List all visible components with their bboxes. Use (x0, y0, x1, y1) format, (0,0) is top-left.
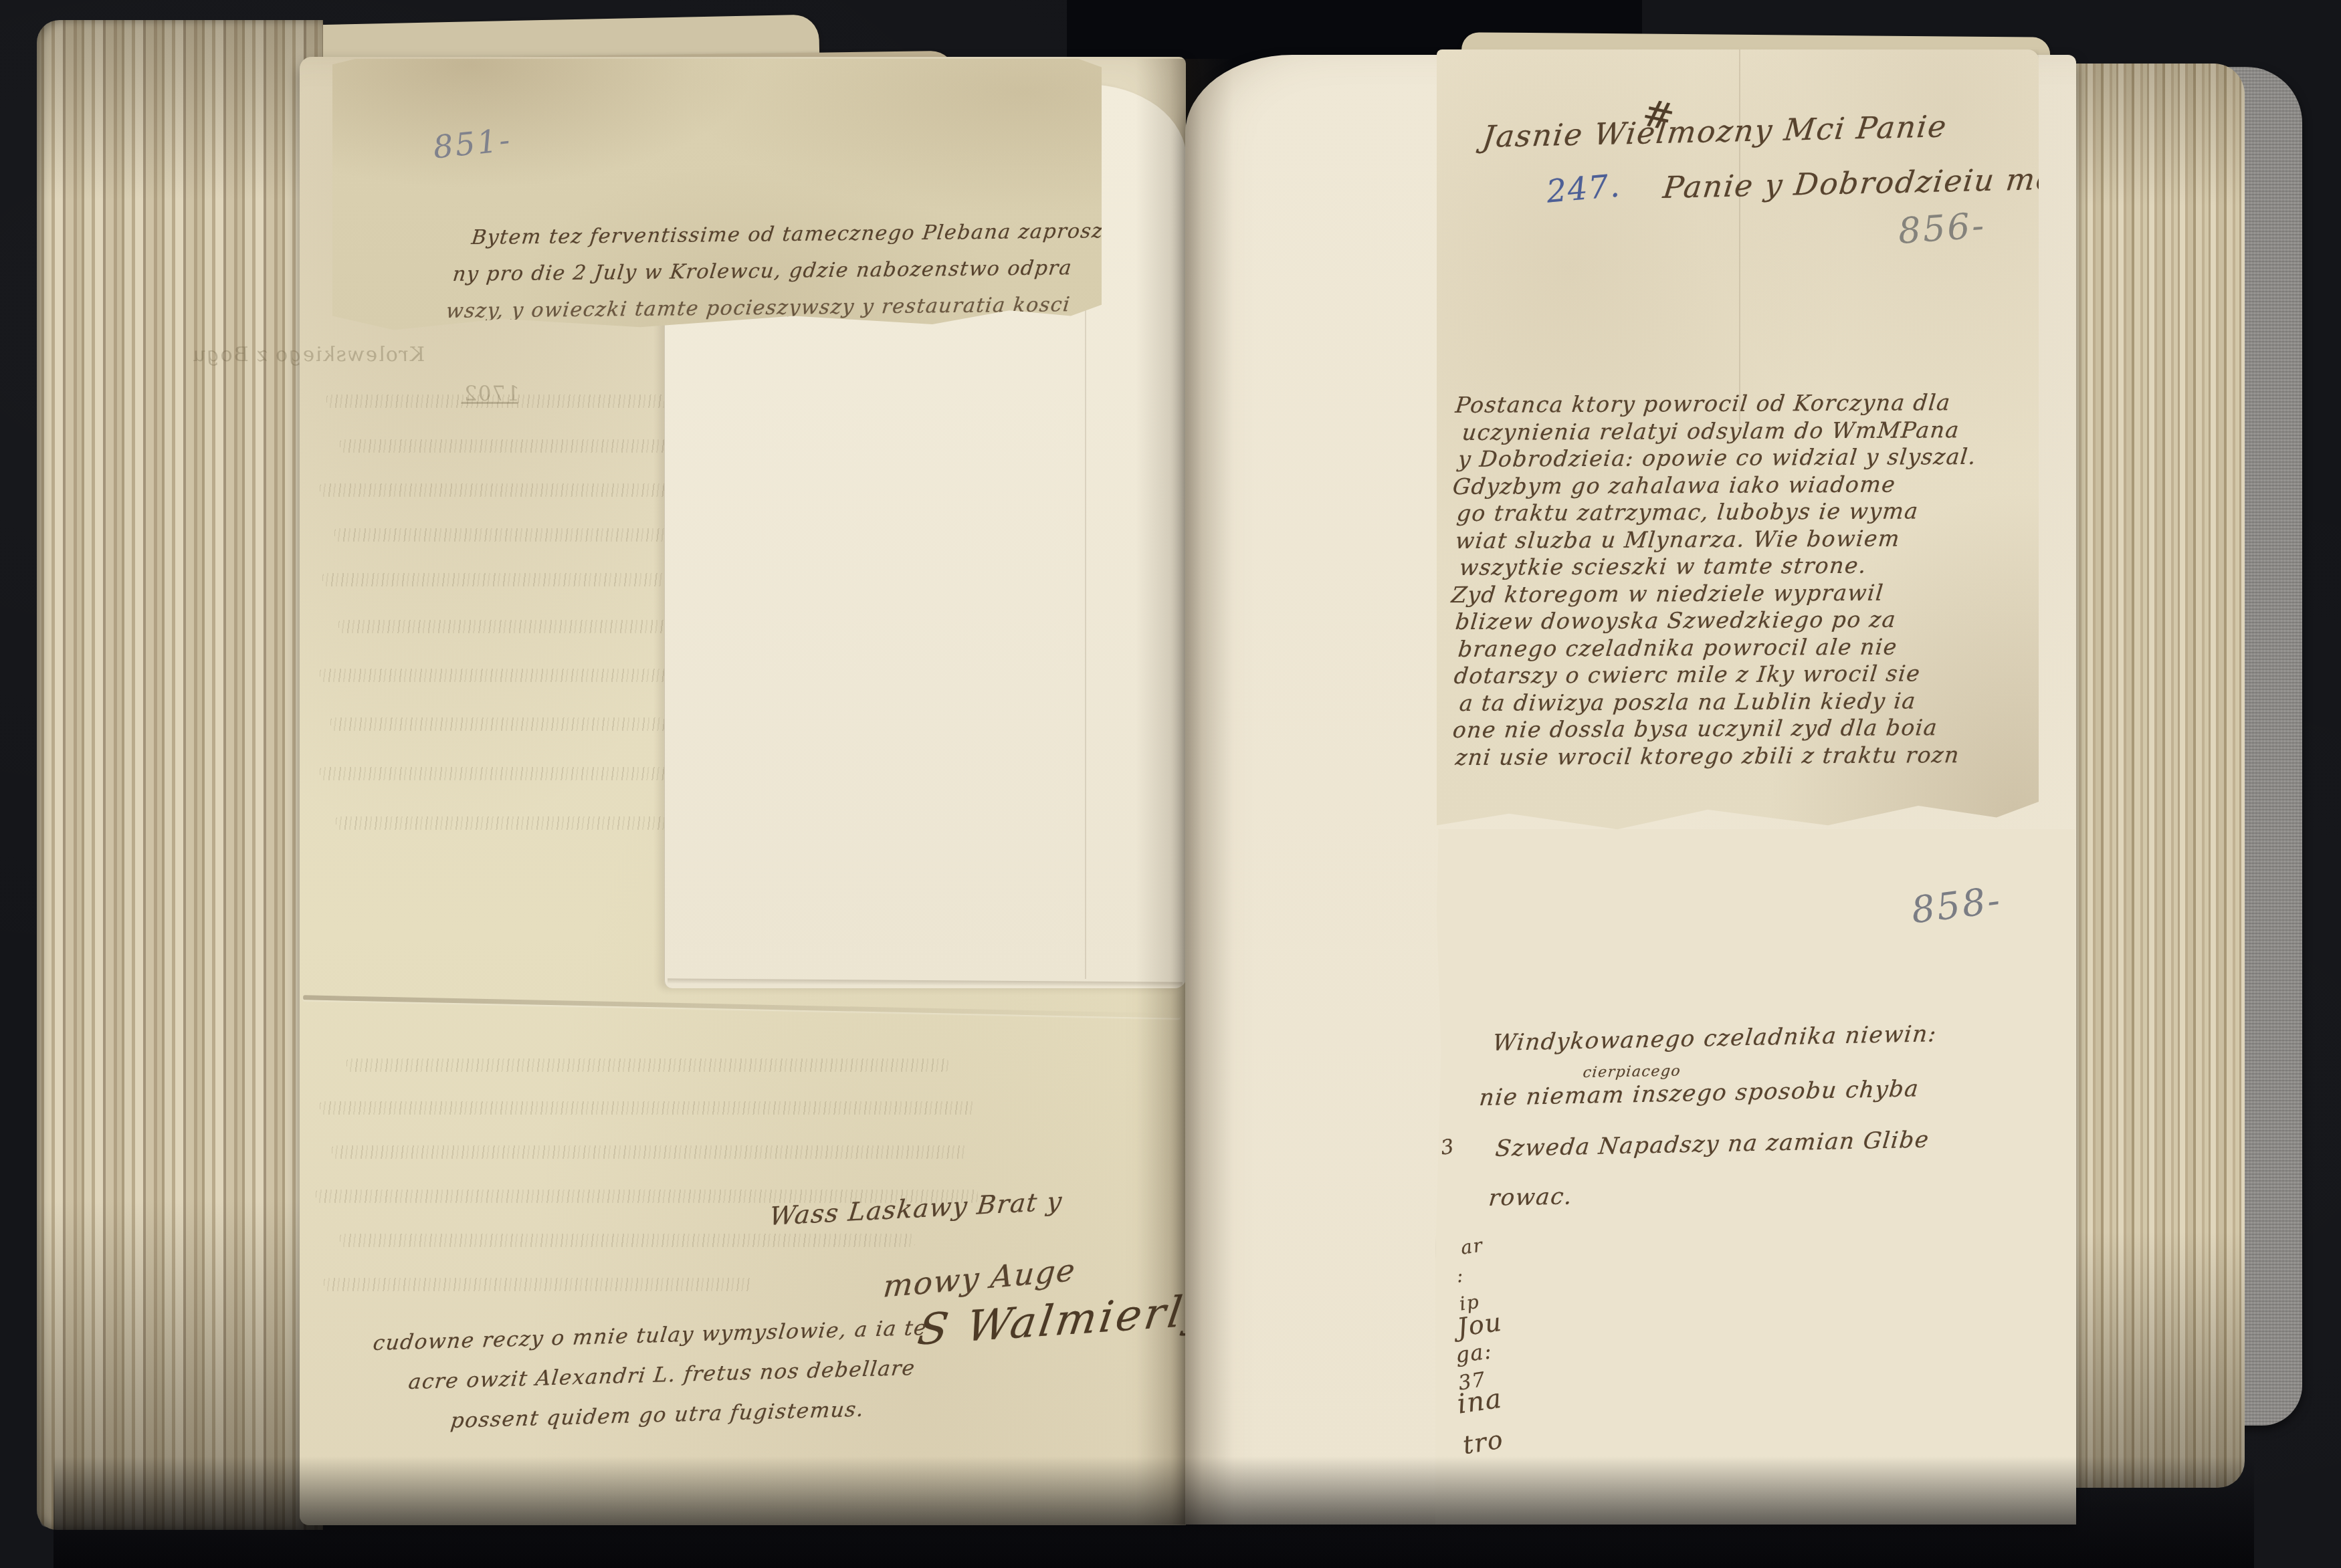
body-line: a ta diwizya poszla na Lublin kiedy ia (1458, 687, 2035, 717)
letter-line: ny pro die 2 July w Krolewcu, gdzie nabo… (451, 256, 1074, 286)
edge-ink-fragment: 3 (1439, 1135, 1456, 1160)
body-line: zni usie wrocil ktorego zbili z traktu r… (1454, 741, 2031, 771)
pasted-letter-851: 851- Bytem tez ferventissime od tameczne… (332, 59, 1102, 338)
body-line: branego czeladnika powrocil ale nie (1457, 633, 2034, 663)
page-number-856: 856- (1897, 205, 1987, 252)
ghost-text-fragment: Krolewskiego z Bogu (190, 343, 427, 366)
body-line: uczynienia relatyi odsylam do WmMPana (1461, 416, 2038, 446)
postscript-line: possent quidem go utra fugistemus. (449, 1397, 866, 1433)
edge-ink-fragment: Jou (1455, 1307, 1504, 1343)
sheet-bottom-edge (668, 978, 1183, 987)
body-line: one nie dossla bysa uczynil zyd dla boia (1451, 714, 2029, 744)
salutation-line: Jasnie Wielmozny Mci Panie (1481, 108, 1950, 154)
body-line: Zyd ktoregom w niedziele wyprawil (1450, 578, 2027, 608)
ghost-text-line (332, 1145, 967, 1159)
edge-ink-fragment: ar (1459, 1234, 1484, 1258)
letter-line: Bytem tez ferventissime od tamecznego Pl… (470, 219, 1118, 249)
body-line: Gdyzbym go zahalawa iako wiadome (1451, 470, 2029, 500)
pasted-letter-856: # Jasnie Wielmozny Mci Panie Panie y Dob… (1437, 49, 2039, 833)
body-line: go traktu zatrzymac, lubobys ie wyma (1455, 497, 2033, 528)
ghost-year-fragment: 1702 (461, 382, 522, 406)
body-line: wszytkie scieszki w tamte strone. (1458, 552, 2035, 582)
second-leaf-858 (1435, 829, 2075, 1525)
letter-fold-line (1739, 49, 1740, 424)
archival-number-247: 247. (1545, 167, 1622, 210)
edge-ink-fragment: ga: (1454, 1338, 1494, 1367)
page-number-851: 851- (431, 122, 514, 166)
body-line: blizew dowoyska Szwedzkiego po za (1454, 606, 2031, 636)
ghost-text-line (324, 1278, 752, 1291)
body-line: y Dobrodzieia: opowie co widzial y slysz… (1457, 443, 2034, 473)
ghost-text-line (340, 1234, 915, 1247)
body-line: wiat sluzba u Mlynarza. Wie bowiem (1454, 524, 2031, 554)
ghost-text-line (320, 1101, 975, 1115)
edge-ink-fragment: tro (1461, 1424, 1506, 1460)
leaf-858-line: rowac. (1488, 1183, 1574, 1212)
body-line: dotarszy o cwierc mile z Iky wrocil sie (1453, 660, 2030, 690)
letter-body: Postanca ktory powrocil od Korczyna dla … (1457, 392, 2031, 771)
salutation-line: Panie y Dobrodzieiu moy, (1661, 160, 2083, 205)
postscript-line: cudowne reczy o mnie tulay wymyslowie, a… (372, 1316, 928, 1355)
edge-ink-fragment: ina (1455, 1383, 1504, 1420)
body-line: Postanca ktory powrocil od Korczyna dla (1454, 389, 2031, 419)
archival-book-photo: Krolewskiego z Bogu 1702 Wass Laskawy Br… (0, 0, 2341, 1568)
interlinear-insertion: cierpiacego (1582, 1062, 1682, 1081)
postscript-line: acre owzit Alexandri L. fretus nos debel… (407, 1356, 917, 1394)
ghost-text-line (346, 1058, 948, 1072)
left-page-stack-edges (37, 20, 323, 1530)
